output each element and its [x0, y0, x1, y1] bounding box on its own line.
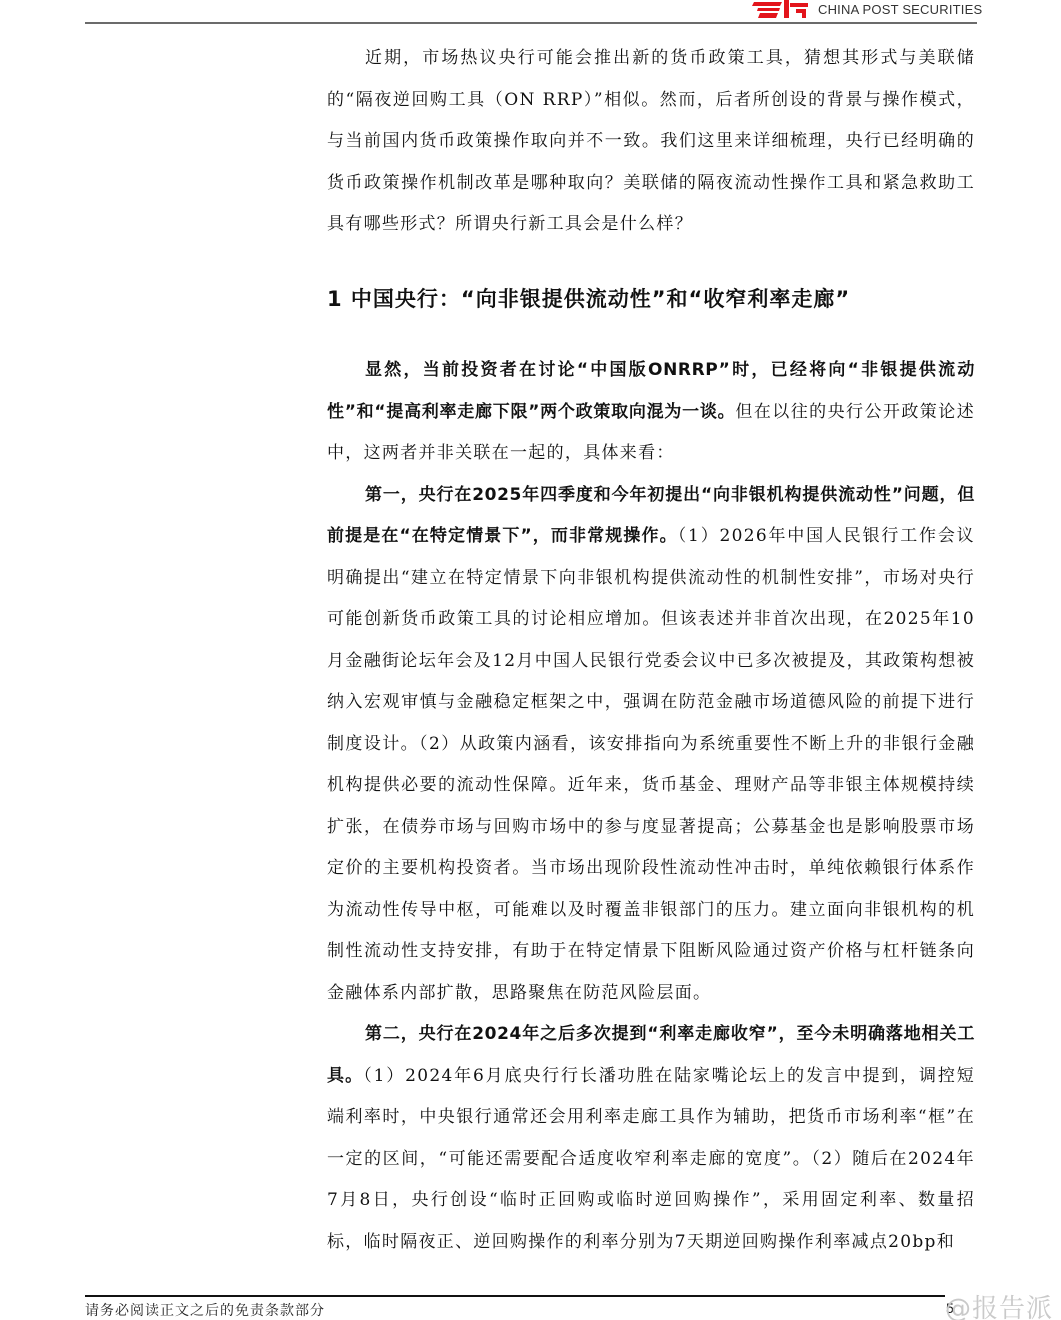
section-heading: 1 中国央行：“向非银提供流动性”和“收窄利率走廊”	[327, 283, 850, 313]
paragraph-1: 显然，当前投资者在讨论“中国版ONRRP”时，已经将向“非银提供流动性”和“提高…	[327, 350, 975, 475]
paragraph-3-body: （1）2024年6月底央行行长潘功胜在陆家嘴论坛上的发言中提到，调控短端利率时，…	[327, 1066, 975, 1252]
footer-divider	[85, 1295, 945, 1297]
paragraph-2-body: （1）2026年中国人民银行工作会议明确提出“建立在特定情景下向非银机构提供流动…	[327, 526, 975, 1003]
footer-disclaimer: 请务必阅读正文之后的免责条款部分	[85, 1300, 325, 1320]
brand-name: CHINA POST SECURITIES	[818, 2, 982, 17]
section-body: 显然，当前投资者在讨论“中国版ONRRP”时，已经将向“非银提供流动性”和“提高…	[327, 350, 975, 1263]
intro-section: 近期，市场热议央行可能会推出新的货币政策工具，猜想其形式与美联储的“隔夜逆回购工…	[327, 38, 975, 246]
header-divider	[85, 22, 977, 24]
watermark: @报告派	[945, 1288, 1053, 1320]
china-post-logo-icon	[752, 0, 808, 18]
intro-paragraph: 近期，市场热议央行可能会推出新的货币政策工具，猜想其形式与美联储的“隔夜逆回购工…	[327, 38, 975, 246]
paragraph-2: 第一，央行在2025年四季度和今年初提出“向非银机构提供流动性”问题，但前提是在…	[327, 475, 975, 1015]
paragraph-3: 第二，央行在2024年之后多次提到“利率走廊收窄”，至今未明确落地相关工具。（1…	[327, 1014, 975, 1263]
